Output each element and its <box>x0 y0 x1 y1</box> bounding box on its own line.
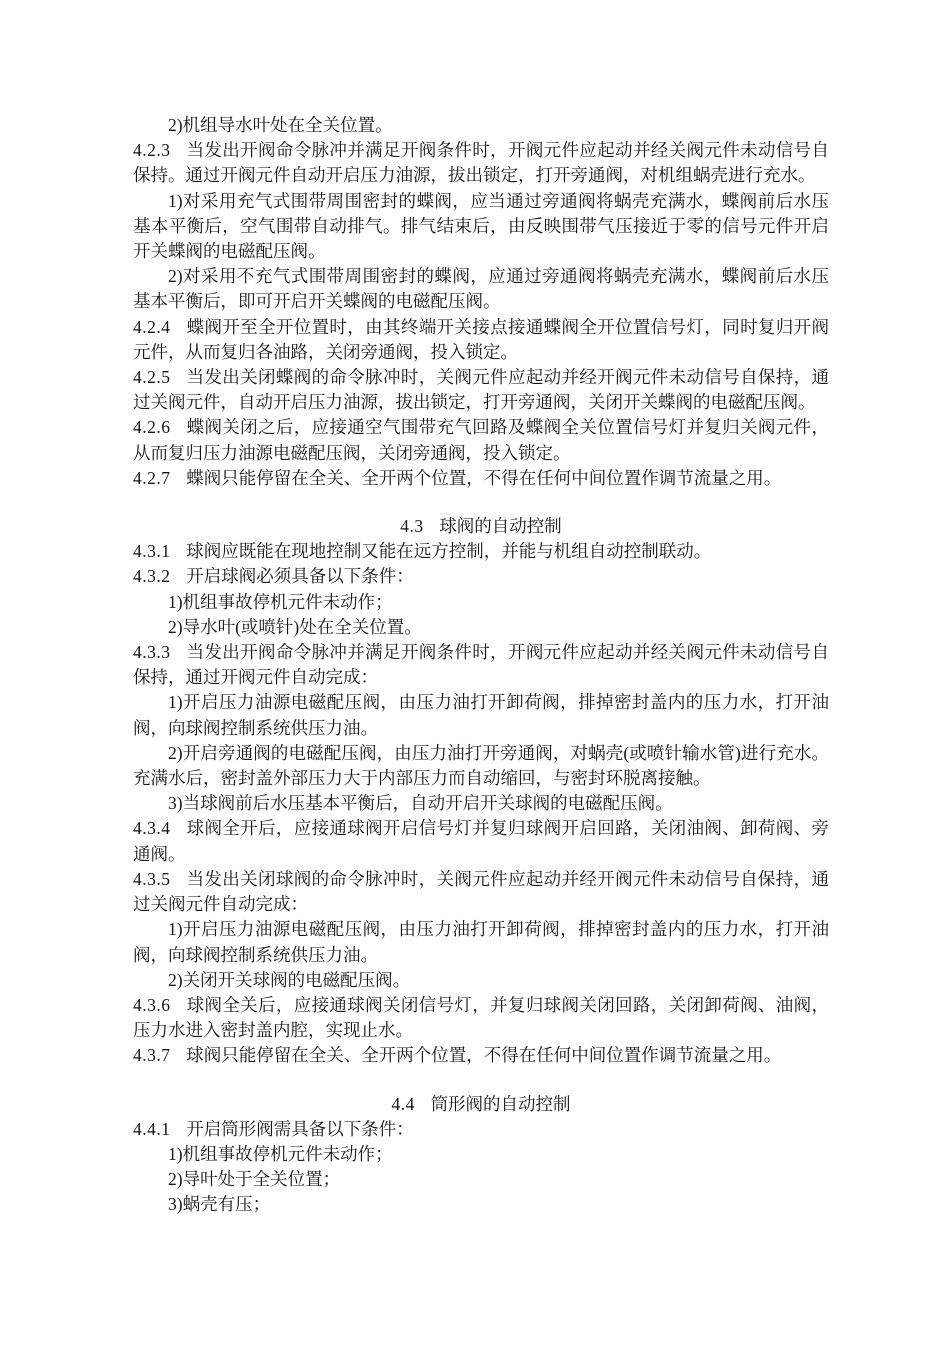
clause-text: 球阀应既能在现地控制又能在远方控制，并能与机组自动控制联动。 <box>186 541 711 561</box>
list-item: 2)开启旁通阀的电磁配压阀，由压力油打开旁通阀，对蜗壳(或喷针输水管)进行充水。… <box>133 741 829 791</box>
clause-number: 4.2.7 <box>133 468 171 488</box>
clause-number: 4.3.7 <box>133 1045 171 1065</box>
clause-number: 4.2.6 <box>133 417 171 437</box>
clause-text: 球阀全开后，应接通球阀开启信号灯并复归球阀开启回路，关闭油阀、卸荷阀、旁通阀。 <box>133 818 829 863</box>
clause-text: 当发出开阀命令脉冲并满足开阀条件时，开阀元件应起动并经关阀元件未动信号自保持。通… <box>133 140 829 185</box>
clause-paragraph: 4.2.6蝶阀关闭之后，应接通空气围带充气回路及蝶阀全关位置信号灯并复归关阀元件… <box>133 415 829 465</box>
clause-number: 4.4.1 <box>133 1119 171 1139</box>
list-item: 2)导叶处于全关位置； <box>133 1167 829 1192</box>
document-page: 2)机组导水叶处在全关位置。 4.2.3当发出开阀命令脉冲并满足开阀条件时，开阀… <box>0 0 950 1345</box>
clause-paragraph: 4.3.2开启球阀必须具备以下条件： <box>133 564 829 589</box>
clause-paragraph: 4.2.3当发出开阀命令脉冲并满足开阀条件时，开阀元件应起动并经关阀元件未动信号… <box>133 138 829 188</box>
list-item: 1)对采用充气式围带周围密封的蝶阀，应当通过旁通阀将蜗壳充满水，蝶阀前后水压基本… <box>133 189 829 265</box>
clause-number: 4.2.5 <box>133 367 171 387</box>
list-item: 1)机组事故停机元件未动作； <box>133 1142 829 1167</box>
clause-paragraph: 4.3.7球阀只能停留在全关、全开两个位置，不得在任何中间位置作调节流量之用。 <box>133 1043 829 1068</box>
clause-number: 4.3.5 <box>133 869 171 889</box>
list-item: 1)机组事故停机元件未动作； <box>133 590 829 615</box>
list-item: 1)开启压力油源电磁配压阀，由压力油打开卸荷阀，排掉密封盖内的压力水，打开油阀，… <box>133 917 829 967</box>
clause-paragraph: 4.2.5当发出关闭蝶阀的命令脉冲时，关阀元件应起动并经开阀元件未动信号自保持，… <box>133 365 829 415</box>
list-item: 3)蜗壳有压； <box>133 1192 829 1217</box>
clause-text: 开启球阀必须具备以下条件： <box>186 566 414 586</box>
clause-number: 4.3.3 <box>133 642 171 662</box>
list-item: 2)关闭开关球阀的电磁配压阀。 <box>133 968 829 993</box>
clause-text: 开启筒形阀需具备以下条件： <box>186 1119 414 1139</box>
section-heading: 4.4筒形阀的自动控制 <box>133 1092 829 1117</box>
clause-number: 4.2.4 <box>133 317 171 337</box>
clause-number: 4.3.6 <box>133 995 171 1015</box>
list-item: 2)导水叶(或喷针)处在全关位置。 <box>133 615 829 640</box>
section-number: 4.4 <box>391 1094 414 1114</box>
clause-number: 4.2.3 <box>133 140 171 160</box>
clause-paragraph: 4.3.1球阀应既能在现地控制又能在远方控制，并能与机组自动控制联动。 <box>133 539 829 564</box>
clause-text: 当发出开阀命令脉冲并满足开阀条件时，开阀元件应起动并经关阀元件未动信号自保持，通… <box>133 642 829 687</box>
clause-number: 4.3.4 <box>133 818 171 838</box>
clause-number: 4.3.1 <box>133 541 171 561</box>
clause-text: 蝶阀开至全开位置时，由其终端开关接点接通蝶阀全开位置信号灯，同时复归开阀元件，从… <box>133 317 829 362</box>
list-item: 3)当球阀前后水压基本平衡后，自动开启开关球阀的电磁配压阀。 <box>133 791 829 816</box>
list-item: 1)开启压力油源电磁配压阀，由压力油打开卸荷阀，排掉密封盖内的压力水，打开油阀，… <box>133 690 829 740</box>
section-heading: 4.3球阀的自动控制 <box>133 514 829 539</box>
clause-paragraph: 4.3.4球阀全开后，应接通球阀开启信号灯并复归球阀开启回路，关闭油阀、卸荷阀、… <box>133 816 829 866</box>
clause-paragraph: 4.3.6球阀全关后，应接通球阀关闭信号灯，并复归球阀关闭回路，关闭卸荷阀、油阀… <box>133 993 829 1043</box>
section-title: 筒形阀的自动控制 <box>431 1094 571 1114</box>
clause-text: 当发出关闭蝶阀的命令脉冲时，关阀元件应起动并经开阀元件未动信号自保持，通过关阀元… <box>133 367 829 412</box>
clause-text: 球阀全关后，应接通球阀关闭信号灯，并复归球阀关闭回路，关闭卸荷阀、油阀，压力水进… <box>133 995 829 1040</box>
clause-paragraph: 4.3.3当发出开阀命令脉冲并满足开阀条件时，开阀元件应起动并经关阀元件未动信号… <box>133 640 829 690</box>
clause-text: 蝶阀关闭之后，应接通空气围带充气回路及蝶阀全关位置信号灯并复归关阀元件，从而复归… <box>133 417 829 462</box>
clause-text: 蝶阀只能停留在全关、全开两个位置，不得在任何中间位置作调节流量之用。 <box>186 468 781 488</box>
document-body-text: 2)机组导水叶处在全关位置。 4.2.3当发出开阀命令脉冲并满足开阀条件时，开阀… <box>133 113 829 1218</box>
list-item: 2)机组导水叶处在全关位置。 <box>133 113 829 138</box>
clause-paragraph: 4.3.5当发出关闭球阀的命令脉冲时，关阀元件应起动并经开阀元件未动信号自保持，… <box>133 867 829 917</box>
section-number: 4.3 <box>400 516 423 536</box>
section-title: 球阀的自动控制 <box>439 516 562 536</box>
list-item: 2)对采用不充气式围带周围密封的蝶阀，应通过旁通阀将蜗壳充满水，蝶阀前后水压基本… <box>133 264 829 314</box>
clause-paragraph: 4.2.4蝶阀开至全开位置时，由其终端开关接点接通蝶阀全开位置信号灯，同时复归开… <box>133 315 829 365</box>
clause-paragraph: 4.2.7蝶阀只能停留在全关、全开两个位置，不得在任何中间位置作调节流量之用。 <box>133 466 829 491</box>
clause-text: 球阀只能停留在全关、全开两个位置，不得在任何中间位置作调节流量之用。 <box>186 1045 781 1065</box>
clause-paragraph: 4.4.1开启筒形阀需具备以下条件： <box>133 1117 829 1142</box>
clause-number: 4.3.2 <box>133 566 171 586</box>
clause-text: 当发出关闭球阀的命令脉冲时，关阀元件应起动并经开阀元件未动信号自保持，通过关阀元… <box>133 869 829 914</box>
